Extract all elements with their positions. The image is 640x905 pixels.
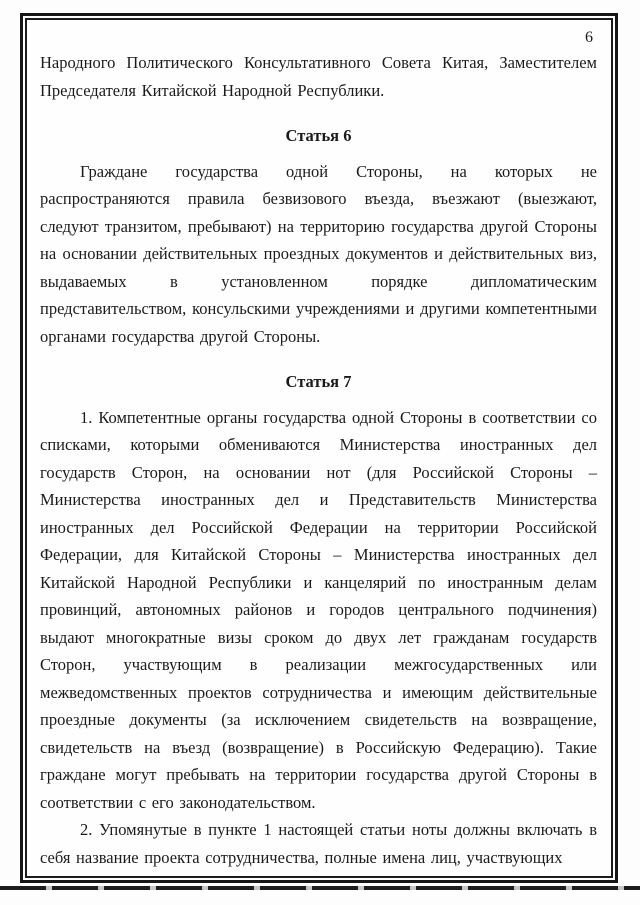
article-6-heading: Статья 6 [40, 122, 597, 150]
article-7-heading: Статья 7 [40, 368, 597, 396]
scan-edge-shadow [0, 886, 640, 890]
article-7-paragraph-1: 1. Компетентные органы государства одной… [40, 404, 597, 817]
page-border-outer: 6 Народного Политического Консультативно… [20, 13, 618, 883]
article-6-paragraph: Граждане государства одной Стороны, на к… [40, 158, 597, 351]
paragraph-continuation: Народного Политического Консультативного… [40, 49, 597, 104]
document-page: 6 Народного Политического Консультативно… [0, 0, 640, 905]
page-number: 6 [40, 27, 597, 49]
page-border-inner: 6 Народного Политического Консультативно… [25, 18, 613, 878]
article-7-paragraph-2: 2. Упомянутые в пункте 1 настоящей стать… [40, 816, 597, 871]
